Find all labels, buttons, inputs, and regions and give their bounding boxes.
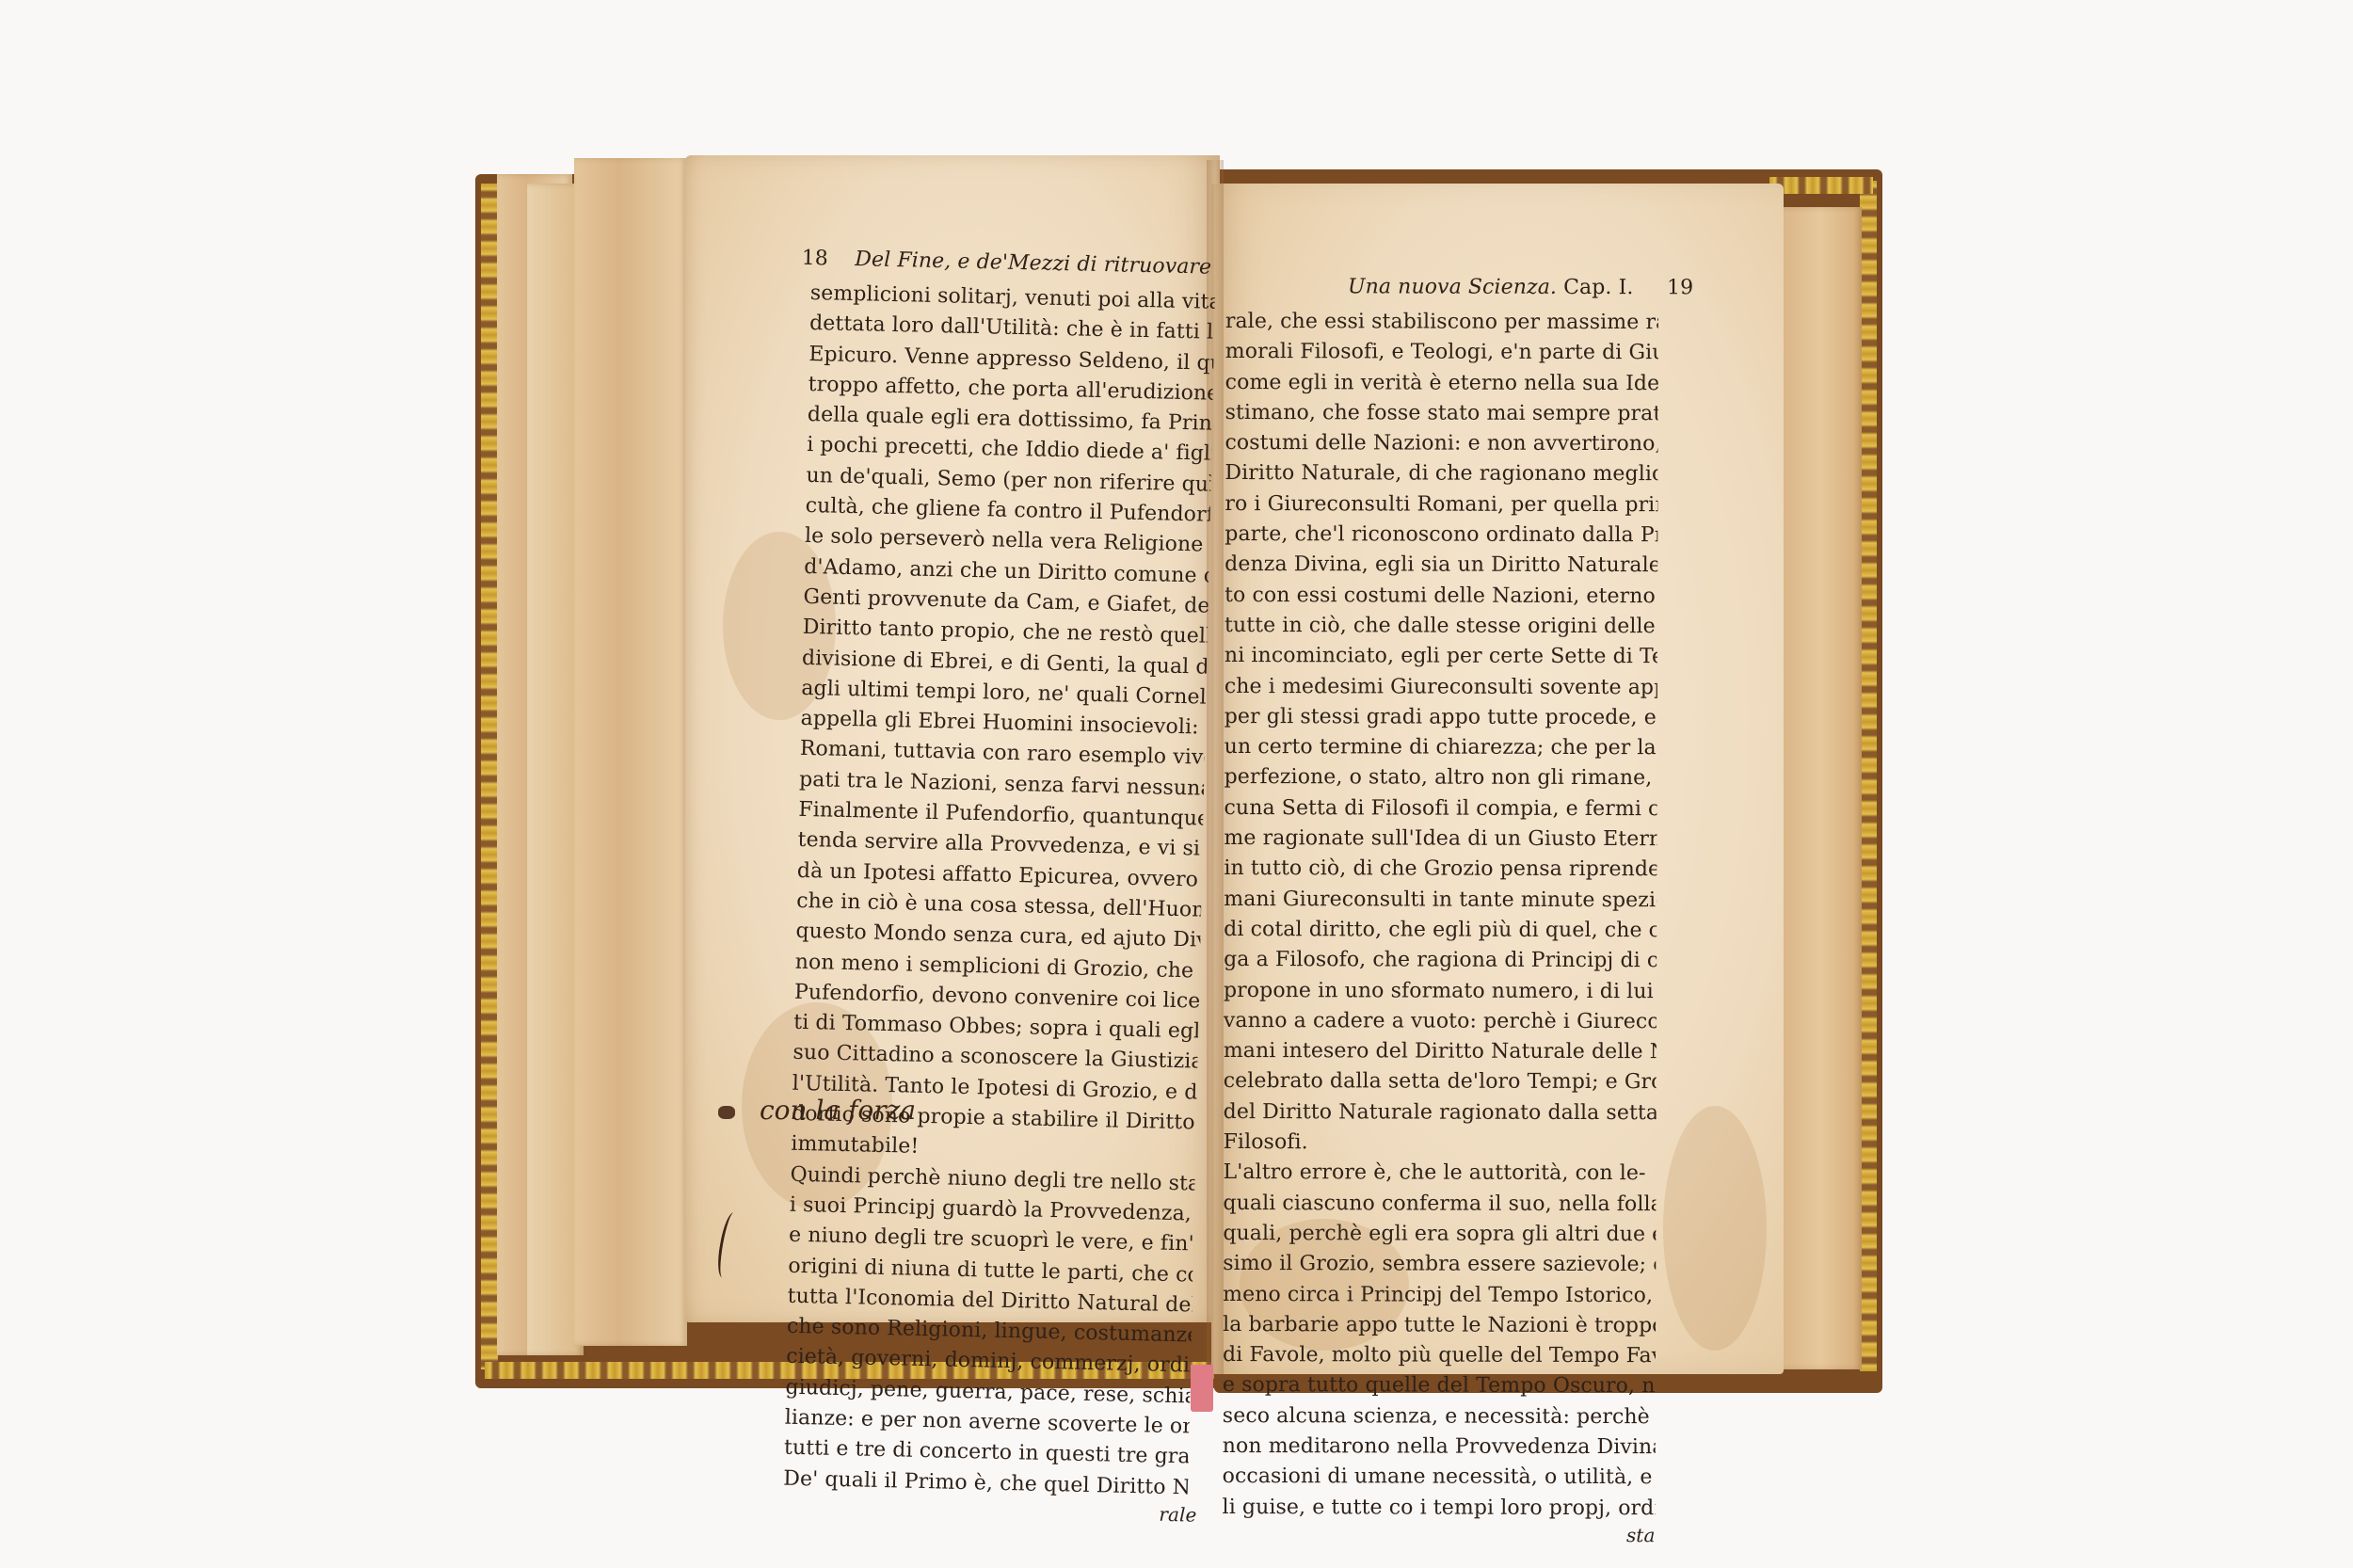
text-line: li guise, e tutte co i tempi loro propj,… bbox=[1223, 1493, 1656, 1525]
right-catchword: sta bbox=[1222, 1523, 1655, 1546]
right-page-stack bbox=[1779, 207, 1862, 1369]
left-gilt-border bbox=[481, 184, 498, 1369]
text-line: quali, perchè egli era sopra gli altri d… bbox=[1223, 1219, 1656, 1251]
text-line: ni incominciato, egli per certe Sette di… bbox=[1225, 641, 1657, 673]
bookmark-ribbon[interactable] bbox=[1191, 1365, 1213, 1412]
left-page-number: 18 bbox=[801, 247, 828, 271]
ink-blot bbox=[718, 1106, 735, 1119]
text-line: vanno a cadere a vuoto: perchè i Giureco… bbox=[1224, 1006, 1657, 1038]
text-line: cuna Setta di Filosofi il compia, e ferm… bbox=[1224, 793, 1657, 825]
right-running-head: Una nuova Scienza. Cap. I. 19 bbox=[1348, 275, 1658, 308]
handwritten-note: con la forza bbox=[718, 1095, 916, 1126]
text-line: L'altro errore è, che le auttorità, con … bbox=[1223, 1158, 1656, 1190]
handwritten-note-text: con la forza bbox=[760, 1095, 916, 1126]
text-line: denza Divina, egli sia un Diritto Natura… bbox=[1225, 550, 1657, 582]
left-page-stack-3 bbox=[574, 158, 687, 1346]
text-line: occasioni di umane necessità, o utilità,… bbox=[1223, 1462, 1656, 1494]
text-line: quali ciascuno conferma il suo, nella fo… bbox=[1223, 1189, 1656, 1221]
text-line: stimano, che fosse stato mai sempre prat… bbox=[1225, 398, 1658, 430]
text-line: come egli in verità è eterno nella sua I… bbox=[1225, 368, 1658, 400]
text-line: morali Filosofi, e Teologi, e'n parte di… bbox=[1225, 337, 1658, 369]
text-line: mani Giureconsulti in tante minute spezi… bbox=[1224, 885, 1657, 917]
right-page-text: Una nuova Scienza. Cap. I. 19 rale, che … bbox=[1222, 275, 1658, 1546]
text-line: Filosofi. bbox=[1224, 1128, 1657, 1160]
text-line: di Favole, molto più quelle del Tempo Fa… bbox=[1223, 1340, 1656, 1372]
text-line: ro i Giureconsulti Romani, per quella pr… bbox=[1225, 489, 1657, 521]
text-line: un certo termine di chiarezza; che per l… bbox=[1225, 732, 1657, 764]
text-line: propone in uno sformato numero, i di lui… bbox=[1224, 976, 1657, 1008]
text-line: del Diritto Naturale ragionato dalla set… bbox=[1224, 1097, 1657, 1129]
text-line: celebrato dalla setta de'loro Tempi; e G… bbox=[1224, 1066, 1657, 1098]
text-line: to con essi costumi delle Nazioni, etern… bbox=[1225, 581, 1657, 613]
text-line: che i medesimi Giureconsulti sovente app… bbox=[1225, 672, 1657, 704]
right-text-lines: rale, che essi stabiliscono per massime … bbox=[1223, 307, 1658, 1524]
text-line: parte, che'l riconoscono ordinato dalla … bbox=[1225, 520, 1657, 552]
text-line: non meditarono nella Provvedenza Divina,… bbox=[1223, 1432, 1656, 1464]
top-gilt-border-right bbox=[1769, 177, 1873, 194]
text-line: me ragionate sull'Idea di un Giusto Eter… bbox=[1224, 824, 1657, 856]
text-line: ga a Filosofo, che ragiona di Principj d… bbox=[1224, 945, 1657, 977]
text-line: di cotal diritto, che egli più di quel, … bbox=[1224, 915, 1657, 947]
text-line: mani intesero del Diritto Naturale delle… bbox=[1224, 1036, 1657, 1068]
right-running-title: Una nuova Scienza. bbox=[1348, 275, 1557, 299]
text-line: la barbarie appo tutte le Nazioni è trop… bbox=[1223, 1310, 1656, 1342]
text-line: Diritto Naturale, di che ragionano megli… bbox=[1225, 458, 1657, 490]
chapter-label: Cap. I. bbox=[1563, 276, 1633, 299]
right-page-number: 19 bbox=[1667, 276, 1693, 299]
text-line: tutte in ciò, che dalle stesse origini d… bbox=[1225, 611, 1657, 643]
text-line: in tutto ciò, di che Grozio pensa ripren… bbox=[1224, 854, 1657, 886]
text-line: per gli stessi gradi appo tutte procede,… bbox=[1225, 702, 1657, 734]
left-page-text: 18 Del Fine, e de'Mezzi di ritruovare se… bbox=[782, 247, 1216, 1526]
left-text-lines: semplicioni solitarj, venuti poi alla vi… bbox=[783, 279, 1215, 1503]
text-line: e sopra tutto quelle del Tempo Oscuro, n… bbox=[1223, 1370, 1656, 1402]
text-line: costumi delle Nazioni: e non avvertirono… bbox=[1225, 428, 1657, 460]
text-line: rale, che essi stabiliscono per massime … bbox=[1225, 307, 1658, 339]
text-line: perfezione, o stato, altro non gli riman… bbox=[1225, 762, 1657, 794]
right-gilt-border bbox=[1860, 181, 1877, 1371]
text-line: seco alcuna scienza, e necessità: perchè… bbox=[1223, 1401, 1656, 1433]
text-line: meno circa i Principj del Tempo Istorico… bbox=[1223, 1279, 1656, 1311]
text-line: simo il Grozio, sembra essere sazievole;… bbox=[1223, 1249, 1656, 1281]
